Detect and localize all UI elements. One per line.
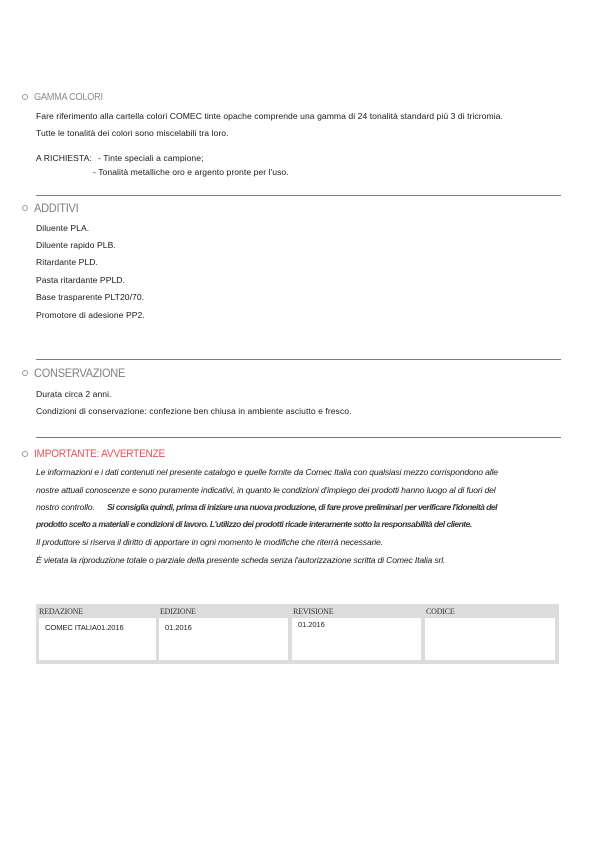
divider [36, 195, 561, 196]
additive-item: Ritardante PLD. [36, 256, 98, 268]
on-request-label: A RICHIESTA: [36, 152, 92, 164]
warning-line: Il produttore si riserva il diritto di a… [36, 536, 383, 548]
additive-item: Pasta ritardante PPLD. [36, 274, 125, 286]
column-header: REDAZIONE [39, 607, 83, 616]
paragraph-line: Tutte le tonalità dei colori sono miscel… [36, 127, 229, 139]
paragraph-line: Durata circa 2 anni. [36, 388, 112, 400]
divider [36, 359, 561, 360]
section-avvertenze-heading: IMPORTANTE: AVVERTENZE [22, 447, 176, 461]
table-cell [425, 618, 555, 660]
additive-item: Diluente rapido PLB. [36, 239, 116, 251]
paragraph-line: Condizioni di conservazione: confezione … [36, 405, 352, 417]
warning-line: È vietata la riproduzione totale o parzi… [36, 554, 445, 566]
section-title: ADDITIVI [34, 201, 78, 215]
table-cell: 01.2016 [292, 618, 421, 660]
on-request-item: - Tinte speciali a campione; [98, 152, 204, 164]
cell-value: 01.2016 [298, 620, 325, 629]
warning-line: nostre attuali conoscenze e sono puramen… [36, 484, 496, 496]
section-title: GAMMA COLORI [34, 92, 103, 103]
additive-item: Diluente PLA. [36, 222, 89, 234]
table-column-codice: CODICE [423, 604, 559, 664]
section-additivi-heading: ADDITIVI [22, 201, 82, 215]
additive-item: Promotore di adesione PP2. [36, 309, 145, 321]
column-header: EDIZIONE [160, 607, 196, 616]
table-column-edizione: EDIZIONE 01.2016 [157, 604, 289, 664]
document-info-table: REDAZIONE COMEC ITALIA01.2016 EDIZIONE 0… [36, 604, 559, 664]
table-column-redazione: REDAZIONE COMEC ITALIA01.2016 [36, 604, 156, 664]
circle-bullet-icon [22, 370, 28, 376]
section-conservazione-heading: CONSERVAZIONE [22, 366, 133, 380]
table-cell: 01.2016 [159, 618, 288, 660]
section-title: IMPORTANTE: AVVERTENZE [34, 448, 165, 460]
column-header: REVISIONE [293, 607, 333, 616]
warning-line: nostro controllo. [36, 501, 95, 513]
cell-value: 01.2016 [165, 623, 192, 632]
column-header: CODICE [426, 607, 455, 616]
section-title: CONSERVAZIONE [34, 366, 125, 380]
additive-item: Base trasparente PLT20/70. [36, 291, 144, 303]
document-page: GAMMA COLORI Fare riferimento alla carte… [0, 0, 596, 843]
circle-bullet-icon [22, 451, 28, 457]
warning-line-emphasis: Si consiglia quindi, prima di iniziare u… [107, 501, 497, 513]
cell-value: COMEC ITALIA01.2016 [45, 623, 124, 632]
on-request-item: - Tonalità metalliche oro e argento pron… [93, 166, 289, 178]
section-gamma-colori-heading: GAMMA COLORI [22, 90, 109, 104]
circle-bullet-icon [22, 94, 28, 100]
table-column-revisione: REVISIONE 01.2016 [290, 604, 422, 664]
table-cell: COMEC ITALIA01.2016 [39, 618, 156, 660]
paragraph-line: Fare riferimento alla cartella colori CO… [36, 110, 503, 122]
warning-line-emphasis: prodotto scelto a materiali e condizioni… [36, 518, 472, 530]
warning-line: Le informazioni e i dati contenuti nel p… [36, 466, 498, 478]
divider [36, 437, 561, 438]
circle-bullet-icon [22, 205, 28, 211]
